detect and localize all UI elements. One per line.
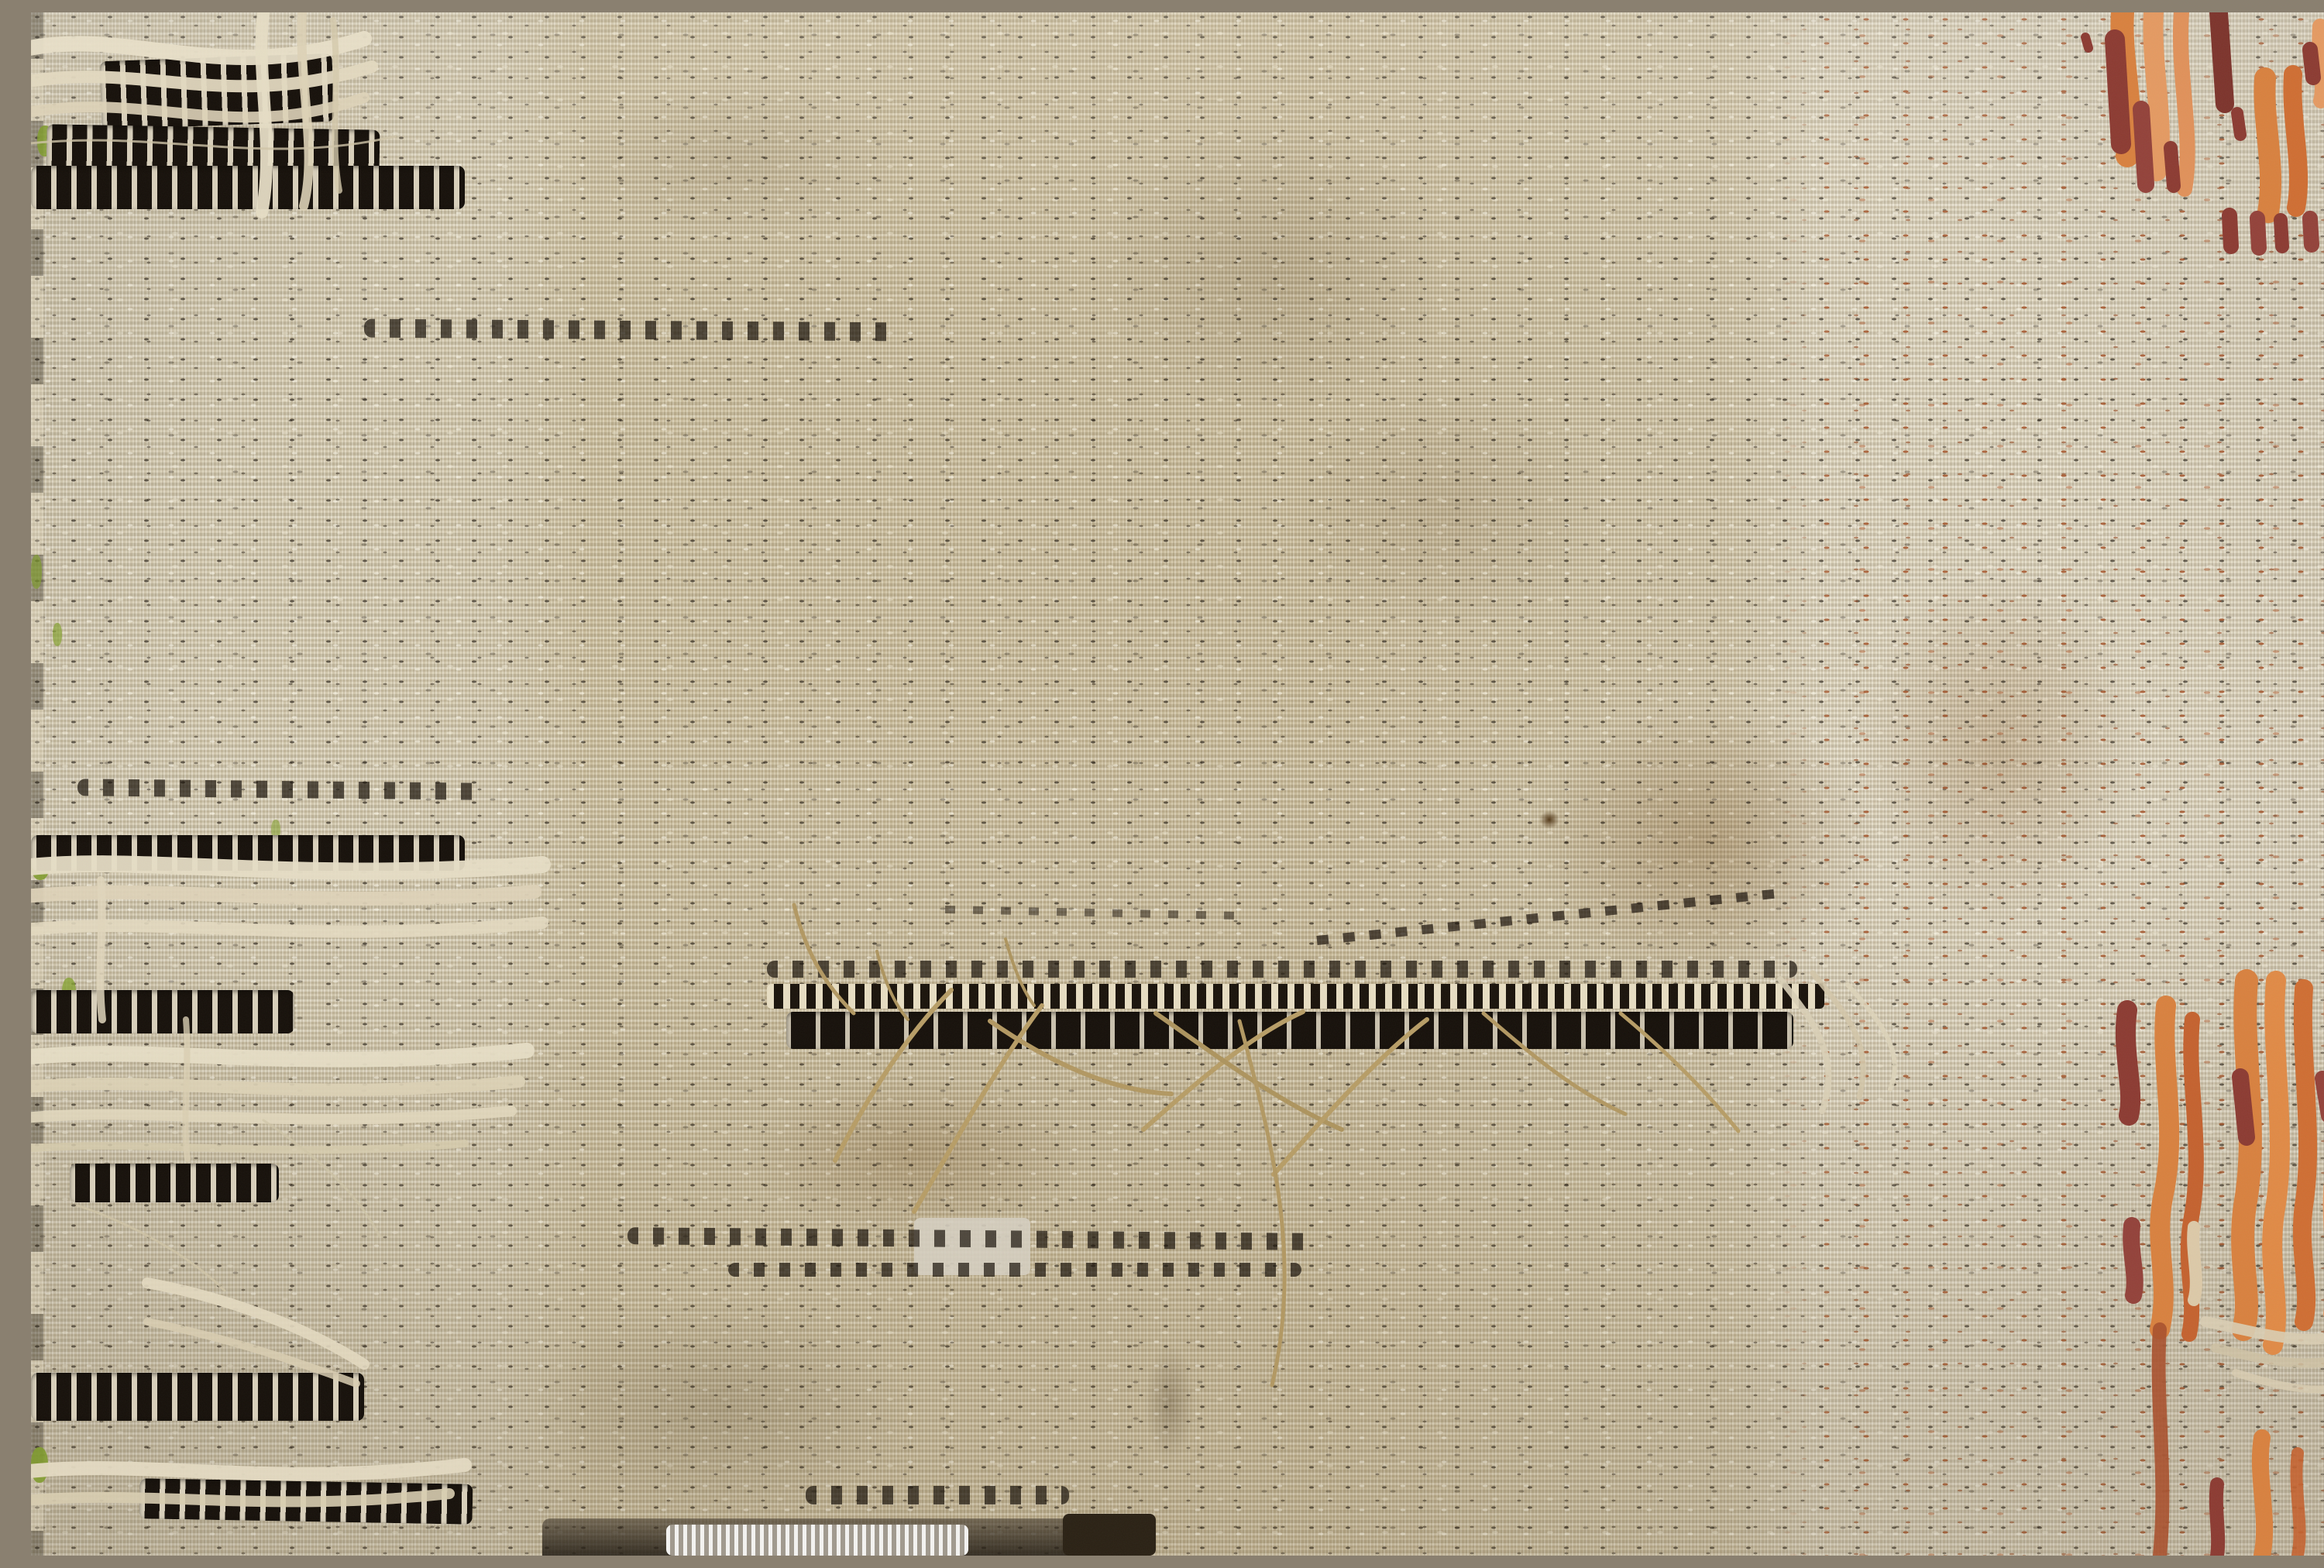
- dash-line-lower-2: [728, 1263, 1301, 1277]
- green-fiber-fleck: [31, 555, 42, 589]
- textile-macro-photo: Extreme close-up of an aged plain-weave …: [31, 12, 2324, 1556]
- hole-top-left: [100, 53, 335, 129]
- slit-left-1: [31, 835, 465, 871]
- dark-speck: [1535, 807, 1563, 832]
- slit-left-4: [31, 1373, 364, 1421]
- green-fiber-fleck: [31, 1447, 48, 1483]
- central-slit-main: [786, 1012, 1793, 1049]
- central-slit-warp-loops: [767, 984, 1824, 1009]
- bottom-slit-cap: [1063, 1514, 1156, 1556]
- frayed-left-edge: [31, 12, 43, 1556]
- slit-top-left-2: [31, 166, 465, 209]
- slit-left-5: [139, 1478, 473, 1524]
- dash-line-upper: [364, 319, 899, 342]
- bottom-slit-silver: [666, 1525, 968, 1556]
- slit-left-2: [31, 990, 294, 1033]
- slit-left-3: [70, 1164, 279, 1202]
- green-fiber-fleck: [53, 623, 62, 646]
- central-slit-upper-dashes: [767, 961, 1797, 978]
- dash-line-bottom: [806, 1486, 1069, 1504]
